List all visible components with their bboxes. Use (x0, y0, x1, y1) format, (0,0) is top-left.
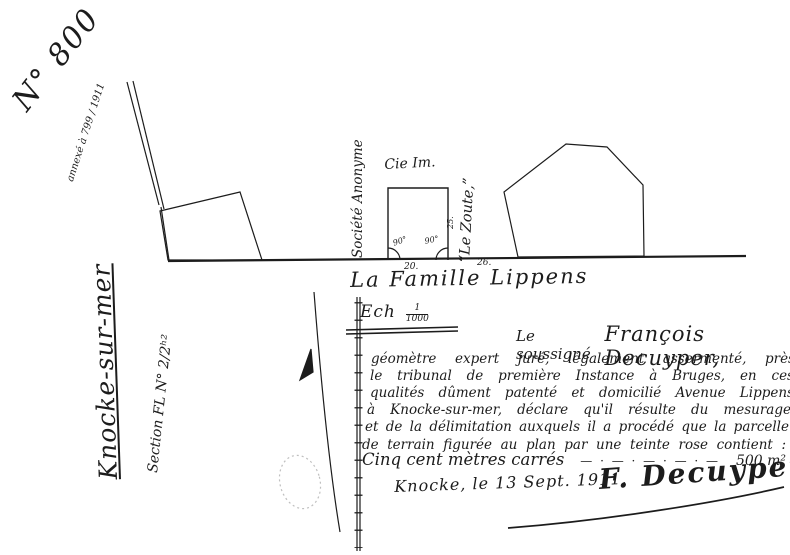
scale-underline-bottom (346, 331, 458, 334)
road-line-outer (127, 82, 159, 205)
declaration-line: géomètre expert juré, légalement asserme… (371, 351, 790, 367)
road-line-extension (161, 207, 169, 260)
scale-fraction: 1 1000 (406, 304, 429, 325)
dimension-side: 25. (447, 216, 455, 229)
scale-denominator: 1000 (406, 315, 429, 325)
declaration-line: le tribunal de première Instance à Bruge… (370, 368, 790, 384)
north-arrow-head (300, 349, 313, 380)
survey-document: N° 800 annexé à 799 / 1911 Knocke-sur-me… (0, 0, 790, 555)
declaration-line: qualités dûment patenté et domicilié Ave… (370, 385, 790, 401)
scale-note: Ech 1 1000 (360, 302, 429, 325)
neighbor-left-label: Société Anonyme (352, 139, 366, 258)
parcel-owner-label: Cie Im. (384, 155, 436, 172)
declaration-line: et de la délimitation auxquels il a proc… (365, 419, 789, 435)
parcel-rectangle (388, 188, 448, 260)
signature-flourish (508, 487, 784, 528)
building-right-outline (504, 144, 644, 257)
place-title: Knocke-sur-mer (88, 263, 121, 480)
neighbor-south-label: La Famille Lippens (350, 266, 589, 291)
building-left-outline (160, 192, 262, 260)
north-arrow (314, 292, 340, 532)
area-text: Cinq cent mètres carrés (362, 450, 564, 469)
stamp-circle (274, 451, 327, 514)
road-line-inner (133, 81, 164, 209)
scale-underline-top (346, 327, 458, 330)
declaration-line: à Knocke-sur-mer, déclare qu'il résulte … (367, 402, 790, 418)
scale-label: Ech (360, 302, 396, 322)
